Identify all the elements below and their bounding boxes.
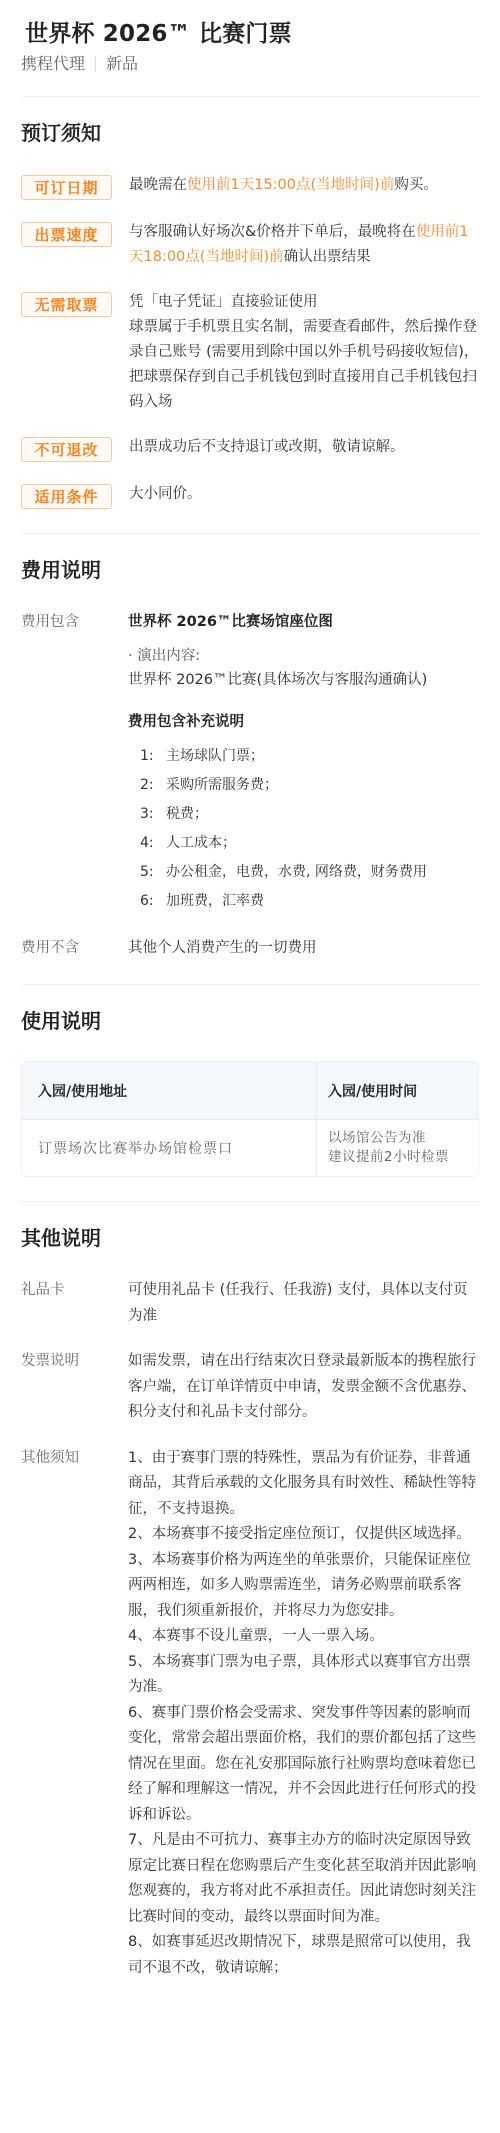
performance-value: 世界杯 2026™比赛(具体场次与客服沟通确认) <box>128 668 479 692</box>
list-item: 5:办公租金，电费，水费, 网络费，财务费用 <box>140 858 479 887</box>
invoice-row: 发票说明 如需发票，请在出行结束次日登录最新版本的携程旅行客户端，在订单详情页中… <box>21 1349 479 1426</box>
time-line: 建议提前2小时检票 <box>328 1148 449 1167</box>
notice-line: 凭「电子凭证」直接验证使用 <box>129 290 479 315</box>
note-item: 2、本场赛事不接受指定座位预订，仅提供区域选择。 <box>128 1522 479 1548</box>
fee-excluded-label: 费用不含 <box>21 936 128 960</box>
section-title: 预订须知 <box>21 119 479 147</box>
notice-badge: 不可退改 <box>21 437 112 462</box>
text-fragment: 确认出票结果 <box>284 249 371 265</box>
fee-included-head: 世界杯 2026™比赛场馆座位图 <box>128 610 479 634</box>
notice-text: 最晚需在使用前1天15:00点(当地时间)前购买。 <box>129 173 479 198</box>
supplement-title: 费用包含补充说明 <box>128 710 479 734</box>
highlight-text: 使用前1天15:00点(当地时间)前 <box>187 177 394 193</box>
notice-text: 出票成功后不支持退订或改期，敬请谅解。 <box>129 435 479 460</box>
list-item: 6:加班费，汇率费 <box>140 887 479 916</box>
product-header: 世界杯 2026™ 比赛门票 携程代理 新品 <box>21 0 479 76</box>
notes-label: 其他须知 <box>21 1446 128 1470</box>
invoice-value: 如需发票，请在出行结束次日登录最新版本的携程旅行客户端，在订单详情页中申请，发票… <box>128 1349 479 1426</box>
notice-ticket-speed: 出票速度 与客服确认好场次&价格并下单后，最晚将在使用前1天18:00点(当地时… <box>21 220 479 270</box>
new-tag: 新品 <box>106 52 138 76</box>
time-cell: 以场馆公告为准 建议提前2小时检票 <box>317 1120 478 1176</box>
notice-text: 凭「电子凭证」直接验证使用 球票属于手机票且实名制，需要查看邮件，然后操作登录自… <box>129 290 479 415</box>
notice-bookable-date: 可订日期 最晚需在使用前1天15:00点(当地时间)前购买。 <box>21 173 479 200</box>
fee-included-label: 费用包含 <box>21 610 128 634</box>
notice-badge: 可订日期 <box>21 175 112 200</box>
other-section: 其他说明 礼品卡 可使用礼品卡 (任我行、任我游) 支付，具体以支付页为准 发票… <box>21 1202 479 2005</box>
note-item: 6、赛事门票价格会受需求、突发事件等因素的影响而变化，常常会超出票面价格，我们的… <box>128 1701 479 1829</box>
notice-no-refund: 不可退改 出票成功后不支持退订或改期，敬请谅解。 <box>21 435 479 462</box>
note-item: 7、凡是由不可抗力、赛事主办方的临时决定原因导致原定比赛日程在您购票后产生变化甚… <box>128 1828 479 1930</box>
note-item: 3、本场赛事价格为两连坐的单张票价，只能保证座位两两相连，如多人购票需连坐，请务… <box>128 1548 479 1625</box>
text-fragment: 与客服确认好场次&价格并下单后，最晚将在 <box>129 224 416 240</box>
time-line: 以场馆公告为准 <box>328 1129 426 1148</box>
list-item: 3:税费； <box>140 800 479 829</box>
performance-label: · 演出内容: <box>128 644 479 668</box>
vendor-label: 携程代理 <box>21 52 85 76</box>
fee-excluded-value: 其他个人消费产生的一切费用 <box>128 936 479 960</box>
gift-card-value: 可使用礼品卡 (任我行、任我游) 支付，具体以支付页为准 <box>128 1278 479 1329</box>
address-cell: 订票场次比赛举办场馆检票口 <box>22 1120 317 1176</box>
usage-table: 入园/使用地址 入园/使用时间 订票场次比赛举办场馆检票口 以场馆公告为准 建议… <box>21 1061 479 1177</box>
notice-text: 大小同价。 <box>129 482 479 507</box>
table-row: 订票场次比赛举办场馆检票口 以场馆公告为准 建议提前2小时检票 <box>22 1120 478 1176</box>
list-item: 2:采购所需服务费； <box>140 771 479 800</box>
notice-badge: 无需取票 <box>21 292 112 317</box>
supplement-list: 1:主场球队门票； 2:采购所需服务费； 3:税费； 4:人工成本； 5:办公租… <box>128 742 479 916</box>
fee-excluded-row: 费用不含 其他个人消费产生的一切费用 <box>21 936 479 960</box>
section-title: 其他说明 <box>21 1224 479 1252</box>
text-fragment: 购买。 <box>394 177 438 193</box>
notice-badge: 出票速度 <box>21 222 112 247</box>
notes-list: 1、由于赛事门票的特殊性，票品为有价证券，非普通商品，其背后承载的文化服务具有时… <box>128 1446 479 1982</box>
booking-notice-section: 预订须知 可订日期 最晚需在使用前1天15:00点(当地时间)前购买。 出票速度… <box>21 97 479 533</box>
note-item: 4、本赛事不设儿童票，一人一票入场。 <box>128 1624 479 1650</box>
fee-section: 费用说明 费用包含 世界杯 2026™比赛场馆座位图 · 演出内容: 世界杯 2… <box>21 534 479 984</box>
subtitle-divider <box>95 56 96 72</box>
fee-included-row: 费用包含 世界杯 2026™比赛场馆座位图 · 演出内容: 世界杯 2026™比… <box>21 610 479 916</box>
notice-conditions: 适用条件 大小同价。 <box>21 482 479 509</box>
gift-card-row: 礼品卡 可使用礼品卡 (任我行、任我游) 支付，具体以支付页为准 <box>21 1278 479 1329</box>
fee-included-value: 世界杯 2026™比赛场馆座位图 · 演出内容: 世界杯 2026™比赛(具体场… <box>128 610 479 916</box>
table-header: 入园/使用地址 入园/使用时间 <box>22 1062 478 1120</box>
notice-text: 与客服确认好场次&价格并下单后，最晚将在使用前1天18:00点(当地时间)前确认… <box>129 220 479 270</box>
usage-section: 使用说明 入园/使用地址 入园/使用时间 订票场次比赛举办场馆检票口 以场馆公告… <box>21 985 479 1201</box>
product-subtitle: 携程代理 新品 <box>21 52 479 76</box>
column-header-address: 入园/使用地址 <box>22 1062 317 1119</box>
section-title: 使用说明 <box>21 1007 479 1035</box>
notice-line: 球票属于手机票且实名制，需要查看邮件，然后操作登录自己账号 (需要用到除中国以外… <box>129 315 479 415</box>
list-item: 1:主场球队门票； <box>140 742 479 771</box>
note-item: 5、本场赛事门票为电子票，具体形式以赛事官方出票为准。 <box>128 1650 479 1701</box>
invoice-label: 发票说明 <box>21 1349 128 1373</box>
text-fragment: 最晚需在 <box>129 177 187 193</box>
notes-row: 其他须知 1、由于赛事门票的特殊性，票品为有价证券，非普通商品，其背后承载的文化… <box>21 1446 479 1982</box>
notice-badge: 适用条件 <box>21 484 112 509</box>
column-header-time: 入园/使用时间 <box>317 1062 478 1119</box>
notice-no-pickup: 无需取票 凭「电子凭证」直接验证使用 球票属于手机票且实名制，需要查看邮件，然后… <box>21 290 479 415</box>
product-detail-page: 世界杯 2026™ 比赛门票 携程代理 新品 预订须知 可订日期 最晚需在使用前… <box>0 0 500 2005</box>
product-title: 世界杯 2026™ 比赛门票 <box>21 18 479 50</box>
section-title: 费用说明 <box>21 556 479 584</box>
gift-card-label: 礼品卡 <box>21 1278 128 1302</box>
note-item: 8、如赛事延迟改期情况下，球票是照常可以使用，我司不退不改，敬请谅解； <box>128 1930 479 1981</box>
list-item: 4:人工成本； <box>140 829 479 858</box>
note-item: 1、由于赛事门票的特殊性，票品为有价证券，非普通商品，其背后承载的文化服务具有时… <box>128 1446 479 1523</box>
